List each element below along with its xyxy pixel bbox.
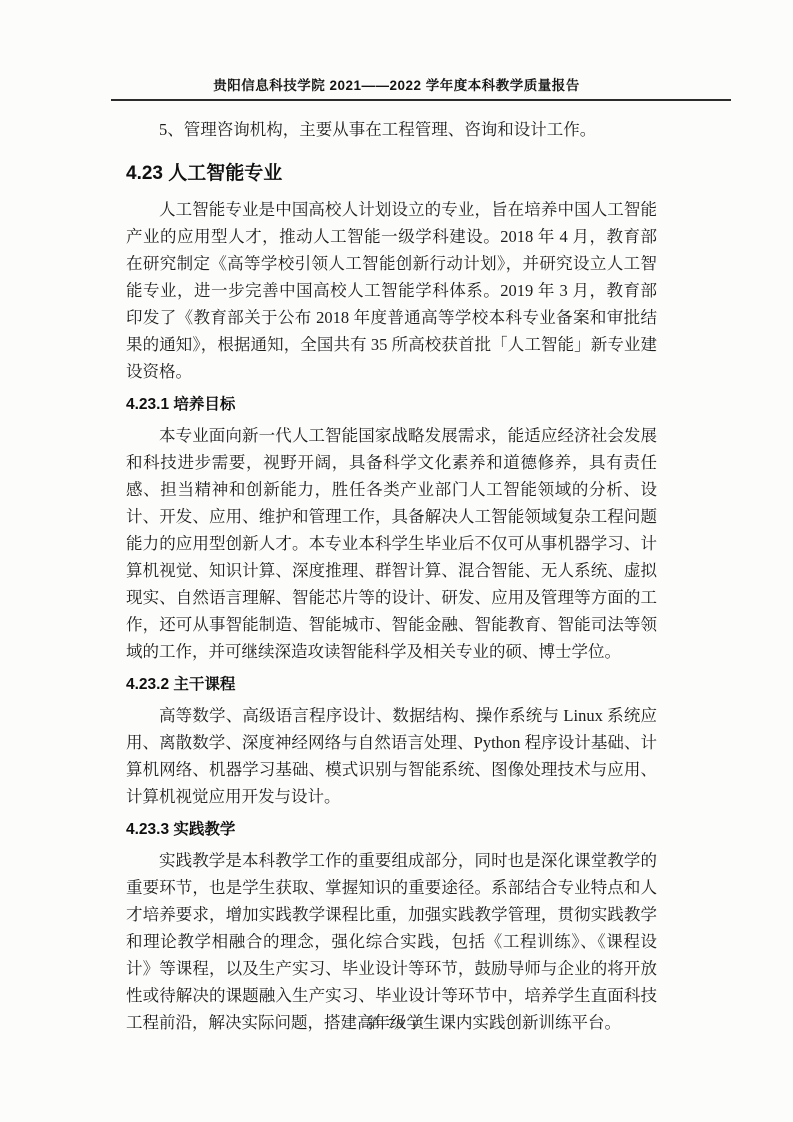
document-body: 5、管理咨询机构，主要从事在工程管理、咨询和设计工作。 4.23 人工智能专业 … xyxy=(126,116,657,1036)
document-page: 贵阳信息科技学院 2021——2022 学年度本科教学质量报告 5、管理咨询机构… xyxy=(0,0,793,1122)
page-number: 第 79 页 xyxy=(367,1016,426,1031)
header-rule xyxy=(111,99,731,101)
running-header-title: 贵阳信息科技学院 2021——2022 学年度本科教学质量报告 xyxy=(213,78,580,93)
section-heading-4-23: 4.23 人工智能专业 xyxy=(126,161,657,186)
subsection-paragraph-training-objectives: 本专业面向新一代人工智能国家战略发展需求，能适应经济社会发展和科技进步需要，视野… xyxy=(126,422,657,665)
numbered-list-item-5: 5、管理咨询机构，主要从事在工程管理、咨询和设计工作。 xyxy=(126,116,657,143)
subsection-heading-4-23-2: 4.23.2 主干课程 xyxy=(126,675,657,695)
section-intro-paragraph: 人工智能专业是中国高校人计划设立的专业，旨在培养中国人工智能产业的应用型人才，推… xyxy=(126,196,657,385)
page-footer: 第 79 页 xyxy=(0,1012,793,1033)
page-header: 贵阳信息科技学院 2021——2022 学年度本科教学质量报告 xyxy=(0,74,793,95)
subsection-paragraph-core-courses: 高等数学、高级语言程序设计、数据结构、操作系统与 Linux 系统应用、离散数学… xyxy=(126,702,657,810)
subsection-paragraph-practical-teaching: 实践教学是本科教学工作的重要组成部分，同时也是深化课堂教学的重要环节，也是学生获… xyxy=(126,847,657,1036)
subsection-heading-4-23-1: 4.23.1 培养目标 xyxy=(126,395,657,415)
subsection-heading-4-23-3: 4.23.3 实践教学 xyxy=(126,820,657,840)
